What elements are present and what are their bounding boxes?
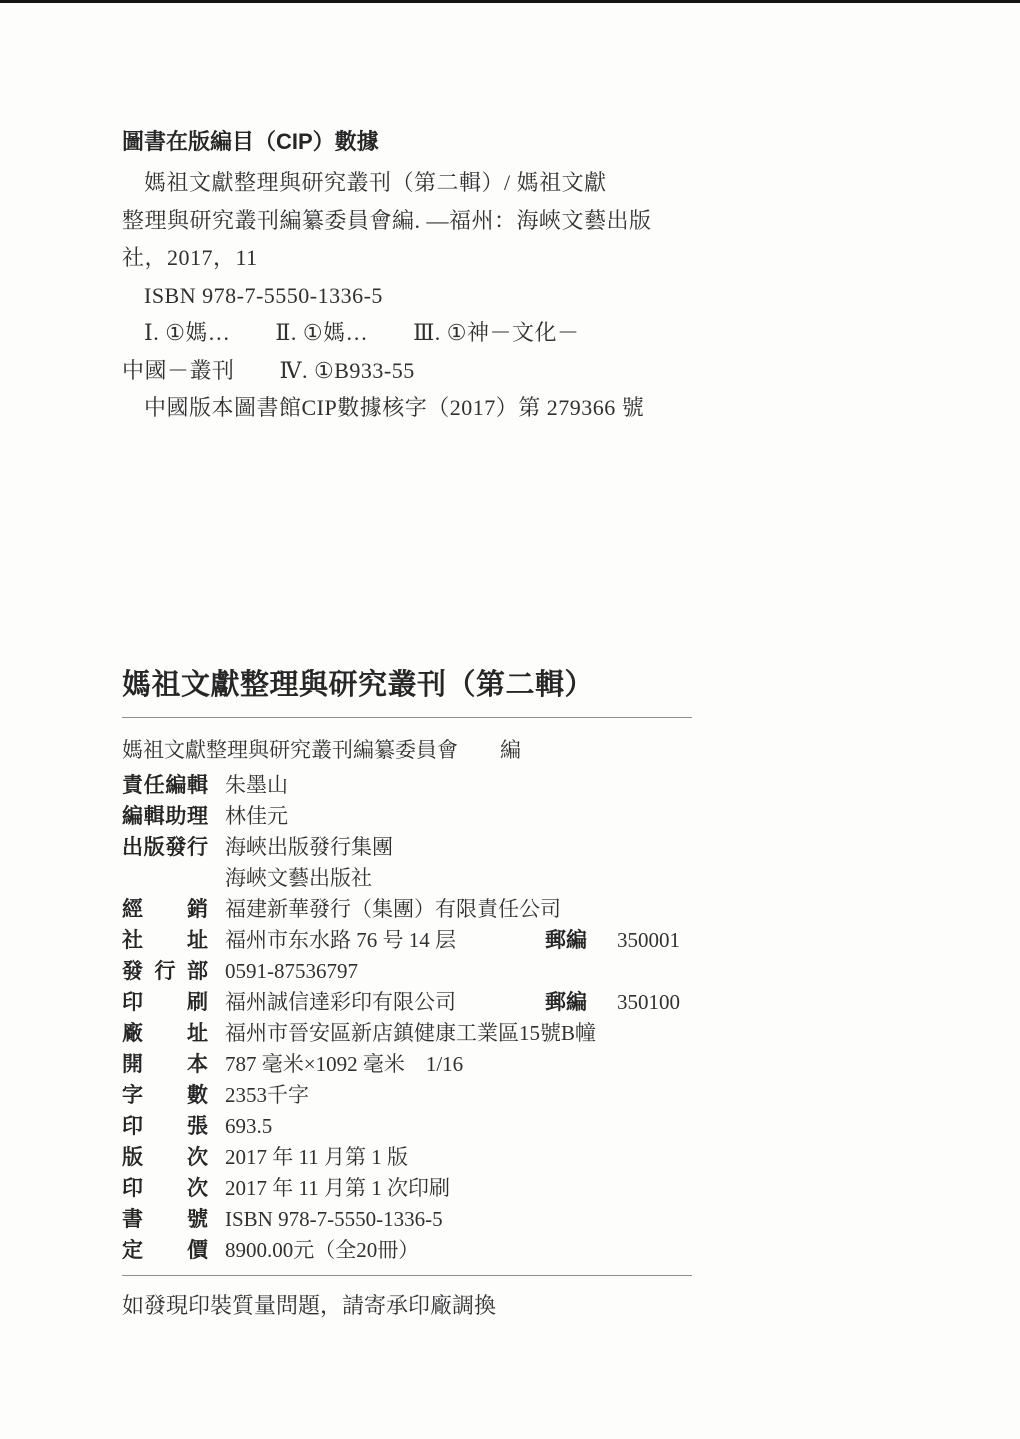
row-value-wrap: 福州誠信達彩印有限公司郵編350100 (225, 987, 680, 1018)
colophon-row: 開本787 毫米×1092 毫米 1/16 (122, 1049, 692, 1080)
colophon-row: 廠址福州市晉安區新店鎮健康工業區15號B幢 (122, 1018, 692, 1049)
row-label: 出版發行 (122, 832, 208, 863)
row-value: 福州誠信達彩印有限公司 (225, 987, 545, 1018)
scan-top-edge (0, 0, 1020, 3)
colophon-row: 海峽文藝出版社 (122, 863, 692, 894)
colophon-row: 印次2017 年 11 月第 1 次印刷 (122, 1173, 692, 1204)
row-value-wrap: ISBN 978-7-5550-1336-5 (225, 1204, 443, 1235)
row-value-wrap: 林佳元 (225, 801, 288, 832)
cip-line: 中國版本圖書館CIP數據核字（2017）第 279366 號 (122, 389, 722, 427)
postal-code-label: 郵編 (545, 929, 587, 952)
row-value: 0591-87536797 (225, 959, 358, 983)
divider-bottom (122, 1275, 692, 1276)
row-label: 印刷 (122, 987, 208, 1018)
colophon-section: 媽祖文獻整理與研究叢刊（第二輯） 媽祖文獻整理與研究叢刊編纂委員會 編 責任編輯… (122, 666, 692, 1321)
row-label: 發行部 (122, 956, 208, 987)
book-title: 媽祖文獻整理與研究叢刊（第二輯） (122, 666, 692, 704)
cip-line: ISBN 978-7-5550-1336-5 (122, 277, 722, 315)
colophon-row: 社址福州市东水路 76 号 14 层郵編350001 (122, 925, 692, 956)
colophon-row: 印刷福州誠信達彩印有限公司郵編350100 (122, 987, 692, 1018)
row-value-wrap: 693.5 (225, 1111, 272, 1142)
row-label: 印張 (122, 1111, 208, 1142)
editor-line: 媽祖文獻整理與研究叢刊編纂委員會 編 (122, 737, 692, 764)
colophon-row: 定價8900.00元（全20冊） (122, 1235, 692, 1266)
row-value-wrap: 2017 年 11 月第 1 版 (225, 1142, 408, 1173)
book-copyright-page: 圖書在版編目（CIP）數據 媽祖文獻整理與研究叢刊（第二輯）/ 媽祖文獻整理與研… (0, 0, 1020, 1439)
cip-section: 圖書在版編目（CIP）數據 媽祖文獻整理與研究叢刊（第二輯）/ 媽祖文獻整理與研… (122, 128, 722, 427)
colophon-row: 編輯助理林佳元 (122, 801, 692, 832)
cip-line: 社，2017，11 (122, 239, 722, 277)
row-value-wrap: 8900.00元（全20冊） (225, 1235, 419, 1266)
row-value: 林佳元 (225, 804, 288, 828)
colophon-row: 版次2017 年 11 月第 1 版 (122, 1142, 692, 1173)
postal-code-label: 郵編 (545, 991, 587, 1014)
row-label: 開本 (122, 1049, 208, 1080)
row-value: 693.5 (225, 1114, 272, 1138)
row-label: 字數 (122, 1080, 208, 1111)
cip-lines: 媽祖文獻整理與研究叢刊（第二輯）/ 媽祖文獻整理與研究叢刊編纂委員會編. —福州… (122, 164, 722, 427)
row-value-wrap: 朱墨山 (225, 770, 288, 801)
row-label: 廠址 (122, 1018, 208, 1049)
divider-top (122, 717, 692, 718)
row-value: ISBN 978-7-5550-1336-5 (225, 1207, 443, 1231)
row-value: 2017 年 11 月第 1 版 (225, 1145, 408, 1169)
row-value: 朱墨山 (225, 773, 288, 797)
row-value: 福州市晉安區新店鎮健康工業區15號B幢 (225, 1021, 596, 1045)
row-value: 8900.00元（全20冊） (225, 1238, 419, 1262)
row-value-wrap: 海峽出版發行集團 (225, 832, 393, 863)
colophon-row: 印張693.5 (122, 1111, 692, 1142)
row-value: 2017 年 11 月第 1 次印刷 (225, 1176, 450, 1200)
cip-heading: 圖書在版編目（CIP）數據 (122, 128, 722, 156)
row-label: 書號 (122, 1204, 208, 1235)
row-value: 海峽文藝出版社 (225, 866, 372, 890)
colophon-row: 責任編輯朱墨山 (122, 770, 692, 801)
row-value-wrap: 福州市东水路 76 号 14 层郵編350001 (225, 925, 680, 956)
row-value-wrap: 2017 年 11 月第 1 次印刷 (225, 1173, 450, 1204)
row-value-wrap: 海峽文藝出版社 (225, 863, 372, 894)
postal-code-value: 350001 (617, 928, 680, 952)
row-label: 版次 (122, 1142, 208, 1173)
row-value-wrap: 福建新華發行（集團）有限責任公司 (225, 894, 561, 925)
row-label: 責任編輯 (122, 770, 208, 801)
colophon-row: 出版發行海峽出版發行集團 (122, 832, 692, 863)
postal-code-value: 350100 (617, 990, 680, 1014)
row-value: 福建新華發行（集團）有限責任公司 (225, 897, 561, 921)
quality-note: 如發現印裝質量問題，請寄承印廠調換 (122, 1291, 692, 1321)
row-label: 印次 (122, 1173, 208, 1204)
row-value-wrap: 0591-87536797 (225, 956, 358, 987)
cip-line: 媽祖文獻整理與研究叢刊（第二輯）/ 媽祖文獻 (122, 164, 722, 202)
row-value-wrap: 2353千字 (225, 1080, 309, 1111)
cip-line: 中國－叢刊 Ⅳ. ①B933-55 (122, 352, 722, 390)
cip-line: 整理與研究叢刊編纂委員會編. —福州：海峽文藝出版 (122, 202, 722, 240)
colophon-row: 經銷福建新華發行（集團）有限責任公司 (122, 894, 692, 925)
row-value-wrap: 787 毫米×1092 毫米 1/16 (225, 1049, 463, 1080)
colophon-row: 發行部0591-87536797 (122, 956, 692, 987)
row-label: 經銷 (122, 894, 208, 925)
colophon-rows: 責任編輯朱墨山編輯助理林佳元出版發行海峽出版發行集團海峽文藝出版社經銷福建新華發… (122, 770, 692, 1266)
row-value: 2353千字 (225, 1083, 309, 1107)
colophon-row: 書號ISBN 978-7-5550-1336-5 (122, 1204, 692, 1235)
cip-line: Ⅰ. ①媽… Ⅱ. ①媽… Ⅲ. ①神－文化－ (122, 314, 722, 352)
row-value: 福州市东水路 76 号 14 层 (225, 925, 545, 956)
row-label: 定價 (122, 1235, 208, 1266)
row-value: 787 毫米×1092 毫米 1/16 (225, 1052, 463, 1076)
row-value: 海峽出版發行集團 (225, 835, 393, 859)
colophon-row: 字數2353千字 (122, 1080, 692, 1111)
row-value-wrap: 福州市晉安區新店鎮健康工業區15號B幢 (225, 1018, 596, 1049)
row-label: 編輯助理 (122, 801, 208, 832)
row-label: 社址 (122, 925, 208, 956)
